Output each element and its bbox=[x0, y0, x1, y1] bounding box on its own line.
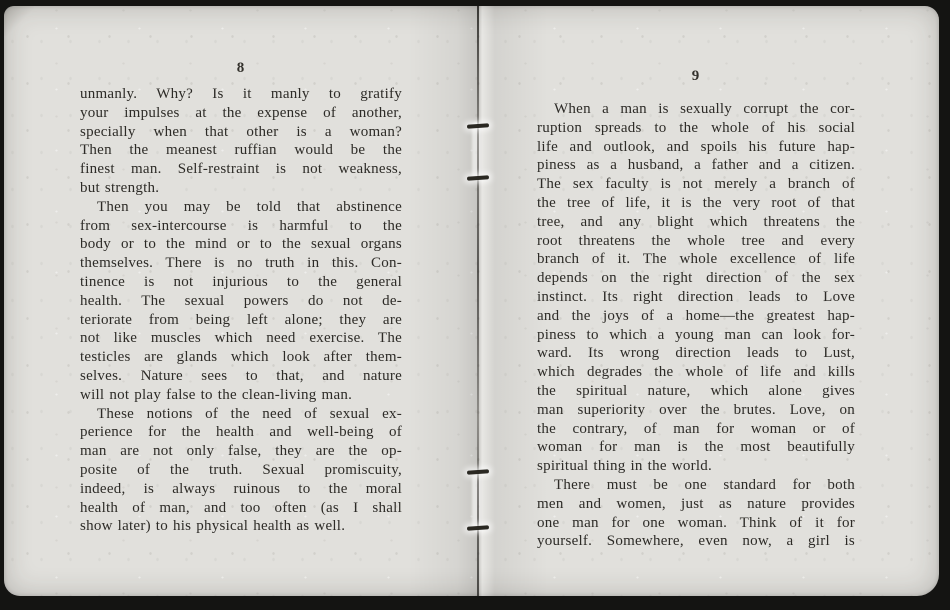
text-line: perience for the health and well-being o… bbox=[80, 423, 402, 442]
text-line: Then you may be told that abstinence bbox=[80, 198, 402, 217]
text-line: spiritual thing in the world. bbox=[537, 457, 855, 476]
text-line: tinence is not injurious to the general bbox=[80, 273, 402, 292]
text-line: There must be one standard for both bbox=[537, 476, 855, 495]
text-line: man superiority over the brutes. Love, o… bbox=[537, 401, 855, 420]
text-line: root threatens the whole tree and every bbox=[537, 232, 855, 251]
page-number-right: 9 bbox=[537, 68, 855, 85]
text-line: which degrades the whole of life and kil… bbox=[537, 363, 855, 382]
text-line: piness as a husband, a father and a citi… bbox=[537, 156, 855, 175]
text-line: themselves. There is no truth in this. C… bbox=[80, 254, 402, 273]
text-line: ward. Its wrong direction leads to Lust, bbox=[537, 344, 855, 363]
page-left: 8 unmanly. Why? Is it manly to gratifyyo… bbox=[4, 6, 478, 596]
text-line: The sex faculty is not merely a branch o… bbox=[537, 175, 855, 194]
text-line: body or to the mind or to the sexual org… bbox=[80, 235, 402, 254]
text-line: testicles are glands which look after th… bbox=[80, 348, 402, 367]
page-text-right: When a man is sexually corrupt the cor-r… bbox=[537, 100, 855, 551]
text-line: depends on the right direction of the se… bbox=[537, 269, 855, 288]
text-line: Then the meanest ruffian would be the bbox=[80, 141, 402, 160]
text-line: the spiritual nature, which alone gives bbox=[537, 382, 855, 401]
book-spread: 8 unmanly. Why? Is it manly to gratifyyo… bbox=[4, 6, 939, 596]
text-line: health of man, and too often (as I shall bbox=[80, 499, 402, 518]
text-line: teriorate from being left alone; they ar… bbox=[80, 311, 402, 330]
text-line: These notions of the need of sexual ex- bbox=[80, 405, 402, 424]
text-line: instinct. Its right direction leads to L… bbox=[537, 288, 855, 307]
text-line: health. The sexual powers do not de- bbox=[80, 292, 402, 311]
text-line: ruption spreads to the whole of his soci… bbox=[537, 119, 855, 138]
text-line: the tree of life, it is the very root of… bbox=[537, 194, 855, 213]
text-line: yourself. Somewhere, even now, a girl is bbox=[537, 532, 855, 551]
text-line: woman for man is the most beautifully bbox=[537, 438, 855, 457]
text-line: When a man is sexually corrupt the cor- bbox=[537, 100, 855, 119]
text-line: indeed, is always ruinous to the moral bbox=[80, 480, 402, 499]
text-line: unmanly. Why? Is it manly to gratify bbox=[80, 85, 402, 104]
text-line: and the joys of a home—the greatest hap- bbox=[537, 307, 855, 326]
page-number-left: 8 bbox=[80, 60, 402, 77]
page-right: 9 When a man is sexually corrupt the cor… bbox=[478, 6, 939, 596]
page-text-left: unmanly. Why? Is it manly to gratifyyour… bbox=[80, 85, 402, 536]
text-line: but strength. bbox=[80, 179, 402, 198]
text-line: finest man. Self-restraint is not weakne… bbox=[80, 160, 402, 179]
text-line: selves. Nature sees to that, and nature bbox=[80, 367, 402, 386]
text-line: will not play false to the clean-living … bbox=[80, 386, 402, 405]
text-line: from sex-intercourse is harmful to the bbox=[80, 217, 402, 236]
text-line: not like muscles which need exercise. Th… bbox=[80, 329, 402, 348]
text-line: piness to which a young man can look for… bbox=[537, 326, 855, 345]
text-line: branch of it. The whole excellence of li… bbox=[537, 250, 855, 269]
text-line: life and outlook, and spoils his future … bbox=[537, 138, 855, 157]
text-line: men and women, just as nature provides bbox=[537, 495, 855, 514]
text-line: posite of the truth. Sexual promiscuity, bbox=[80, 461, 402, 480]
text-line: your impulses at the expense of another, bbox=[80, 104, 402, 123]
text-line: the contrary, of man for woman or of bbox=[537, 420, 855, 439]
text-line: specially when that other is a woman? bbox=[80, 123, 402, 142]
text-line: one man for one woman. Think of it for bbox=[537, 514, 855, 533]
text-line: man are not only false, they are the op- bbox=[80, 442, 402, 461]
text-line: tree, and any blight which threatens the bbox=[537, 213, 855, 232]
text-line: show later) to his physical health as we… bbox=[80, 517, 402, 536]
